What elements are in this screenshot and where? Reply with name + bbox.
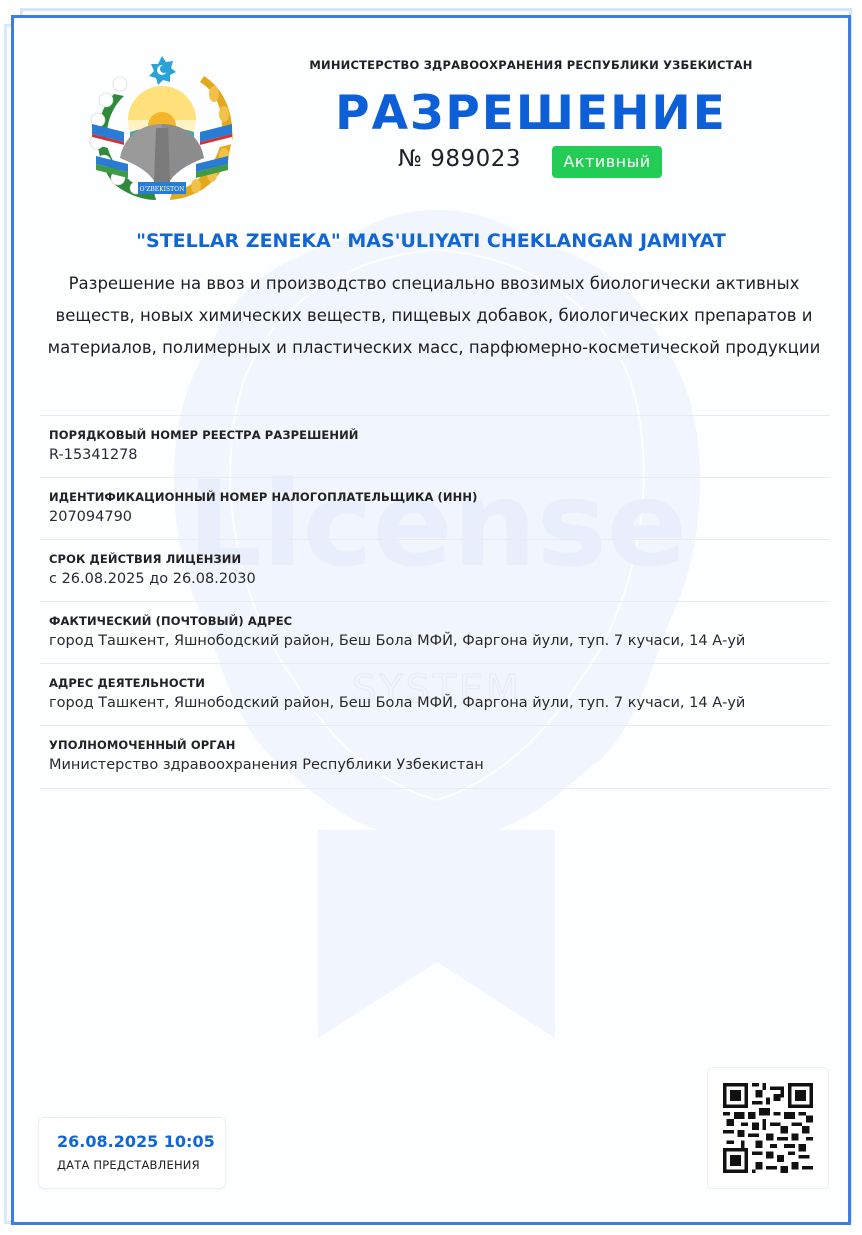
detail-label: АДРЕС ДЕЯТЕЛЬНОСТИ bbox=[49, 676, 830, 690]
detail-label: СРОК ДЕЙСТВИЯ ЛИЦЕНЗИИ bbox=[49, 552, 830, 566]
detail-row-tax-id: ИДЕНТИФИКАЦИОННЫЙ НОМЕР НАЛОГОПЛАТЕЛЬЩИК… bbox=[40, 477, 830, 539]
detail-value: 207094790 bbox=[49, 509, 830, 525]
detail-value: город Ташкент, Яшнободский район, Беш Бо… bbox=[49, 695, 830, 711]
company-name: "STELLAR ZENEKA" MAS'ULIYATI CHEKLANGAN … bbox=[30, 230, 832, 252]
detail-label: УПОЛНОМОЧЕННЫЙ ОРГАН bbox=[49, 738, 830, 752]
submission-date-card: 26.08.2025 10:05 ДАТА ПРЕДСТАВЛЕНИЯ bbox=[38, 1117, 226, 1189]
detail-row-registry-number: ПОРЯДКОВЫЙ НОМЕР РЕЕСТРА РАЗРЕШЕНИЙ R-15… bbox=[40, 415, 830, 477]
document-title: РАЗРЕШЕНИЕ bbox=[300, 84, 762, 144]
detail-label: ИДЕНТИФИКАЦИОННЫЙ НОМЕР НАЛОГОПЛАТЕЛЬЩИК… bbox=[49, 490, 830, 504]
detail-value: R-15341278 bbox=[49, 447, 830, 463]
detail-row-postal-address: ФАКТИЧЕСКИЙ (ПОЧТОВЫЙ) АДРЕС город Ташке… bbox=[40, 601, 830, 663]
ministry-name: МИНИСТЕРСТВО ЗДРАВООХРАНЕНИЯ РЕСПУБЛИКИ … bbox=[300, 58, 762, 72]
detail-label: ФАКТИЧЕСКИЙ (ПОЧТОВЫЙ) АДРЕС bbox=[49, 614, 830, 628]
detail-row-validity-period: СРОК ДЕЙСТВИЯ ЛИЦЕНЗИИ с 26.08.2025 до 2… bbox=[40, 539, 830, 601]
detail-value: город Ташкент, Яшнободский район, Беш Бо… bbox=[49, 633, 830, 649]
detail-value: с 26.08.2025 до 26.08.2030 bbox=[49, 571, 830, 587]
svg-text:O'ZBEKISTON: O'ZBEKISTON bbox=[140, 186, 185, 193]
detail-value: Министерство здравоохранения Республики … bbox=[49, 757, 830, 773]
permit-description: Разрешение на ввоз и производство специа… bbox=[36, 268, 832, 364]
detail-row-activity-address: АДРЕС ДЕЯТЕЛЬНОСТИ город Ташкент, Яшнобо… bbox=[40, 663, 830, 725]
submission-date-value: 26.08.2025 10:05 bbox=[57, 1132, 215, 1151]
permit-number: № 989023 bbox=[398, 146, 521, 172]
detail-row-authority: УПОЛНОМОЧЕННЫЙ ОРГАН Министерство здраво… bbox=[40, 725, 830, 789]
status-badge: Активный bbox=[552, 146, 662, 178]
permit-details: ПОРЯДКОВЫЙ НОМЕР РЕЕСТРА РАЗРЕШЕНИЙ R-15… bbox=[40, 415, 830, 789]
qr-code-card[interactable] bbox=[707, 1067, 829, 1189]
qr-code-icon[interactable] bbox=[723, 1083, 813, 1173]
state-emblem-icon: O'ZBEKISTON bbox=[84, 54, 240, 204]
detail-label: ПОРЯДКОВЫЙ НОМЕР РЕЕСТРА РАЗРЕШЕНИЙ bbox=[49, 428, 830, 442]
submission-date-label: ДАТА ПРЕДСТАВЛЕНИЯ bbox=[57, 1158, 200, 1172]
